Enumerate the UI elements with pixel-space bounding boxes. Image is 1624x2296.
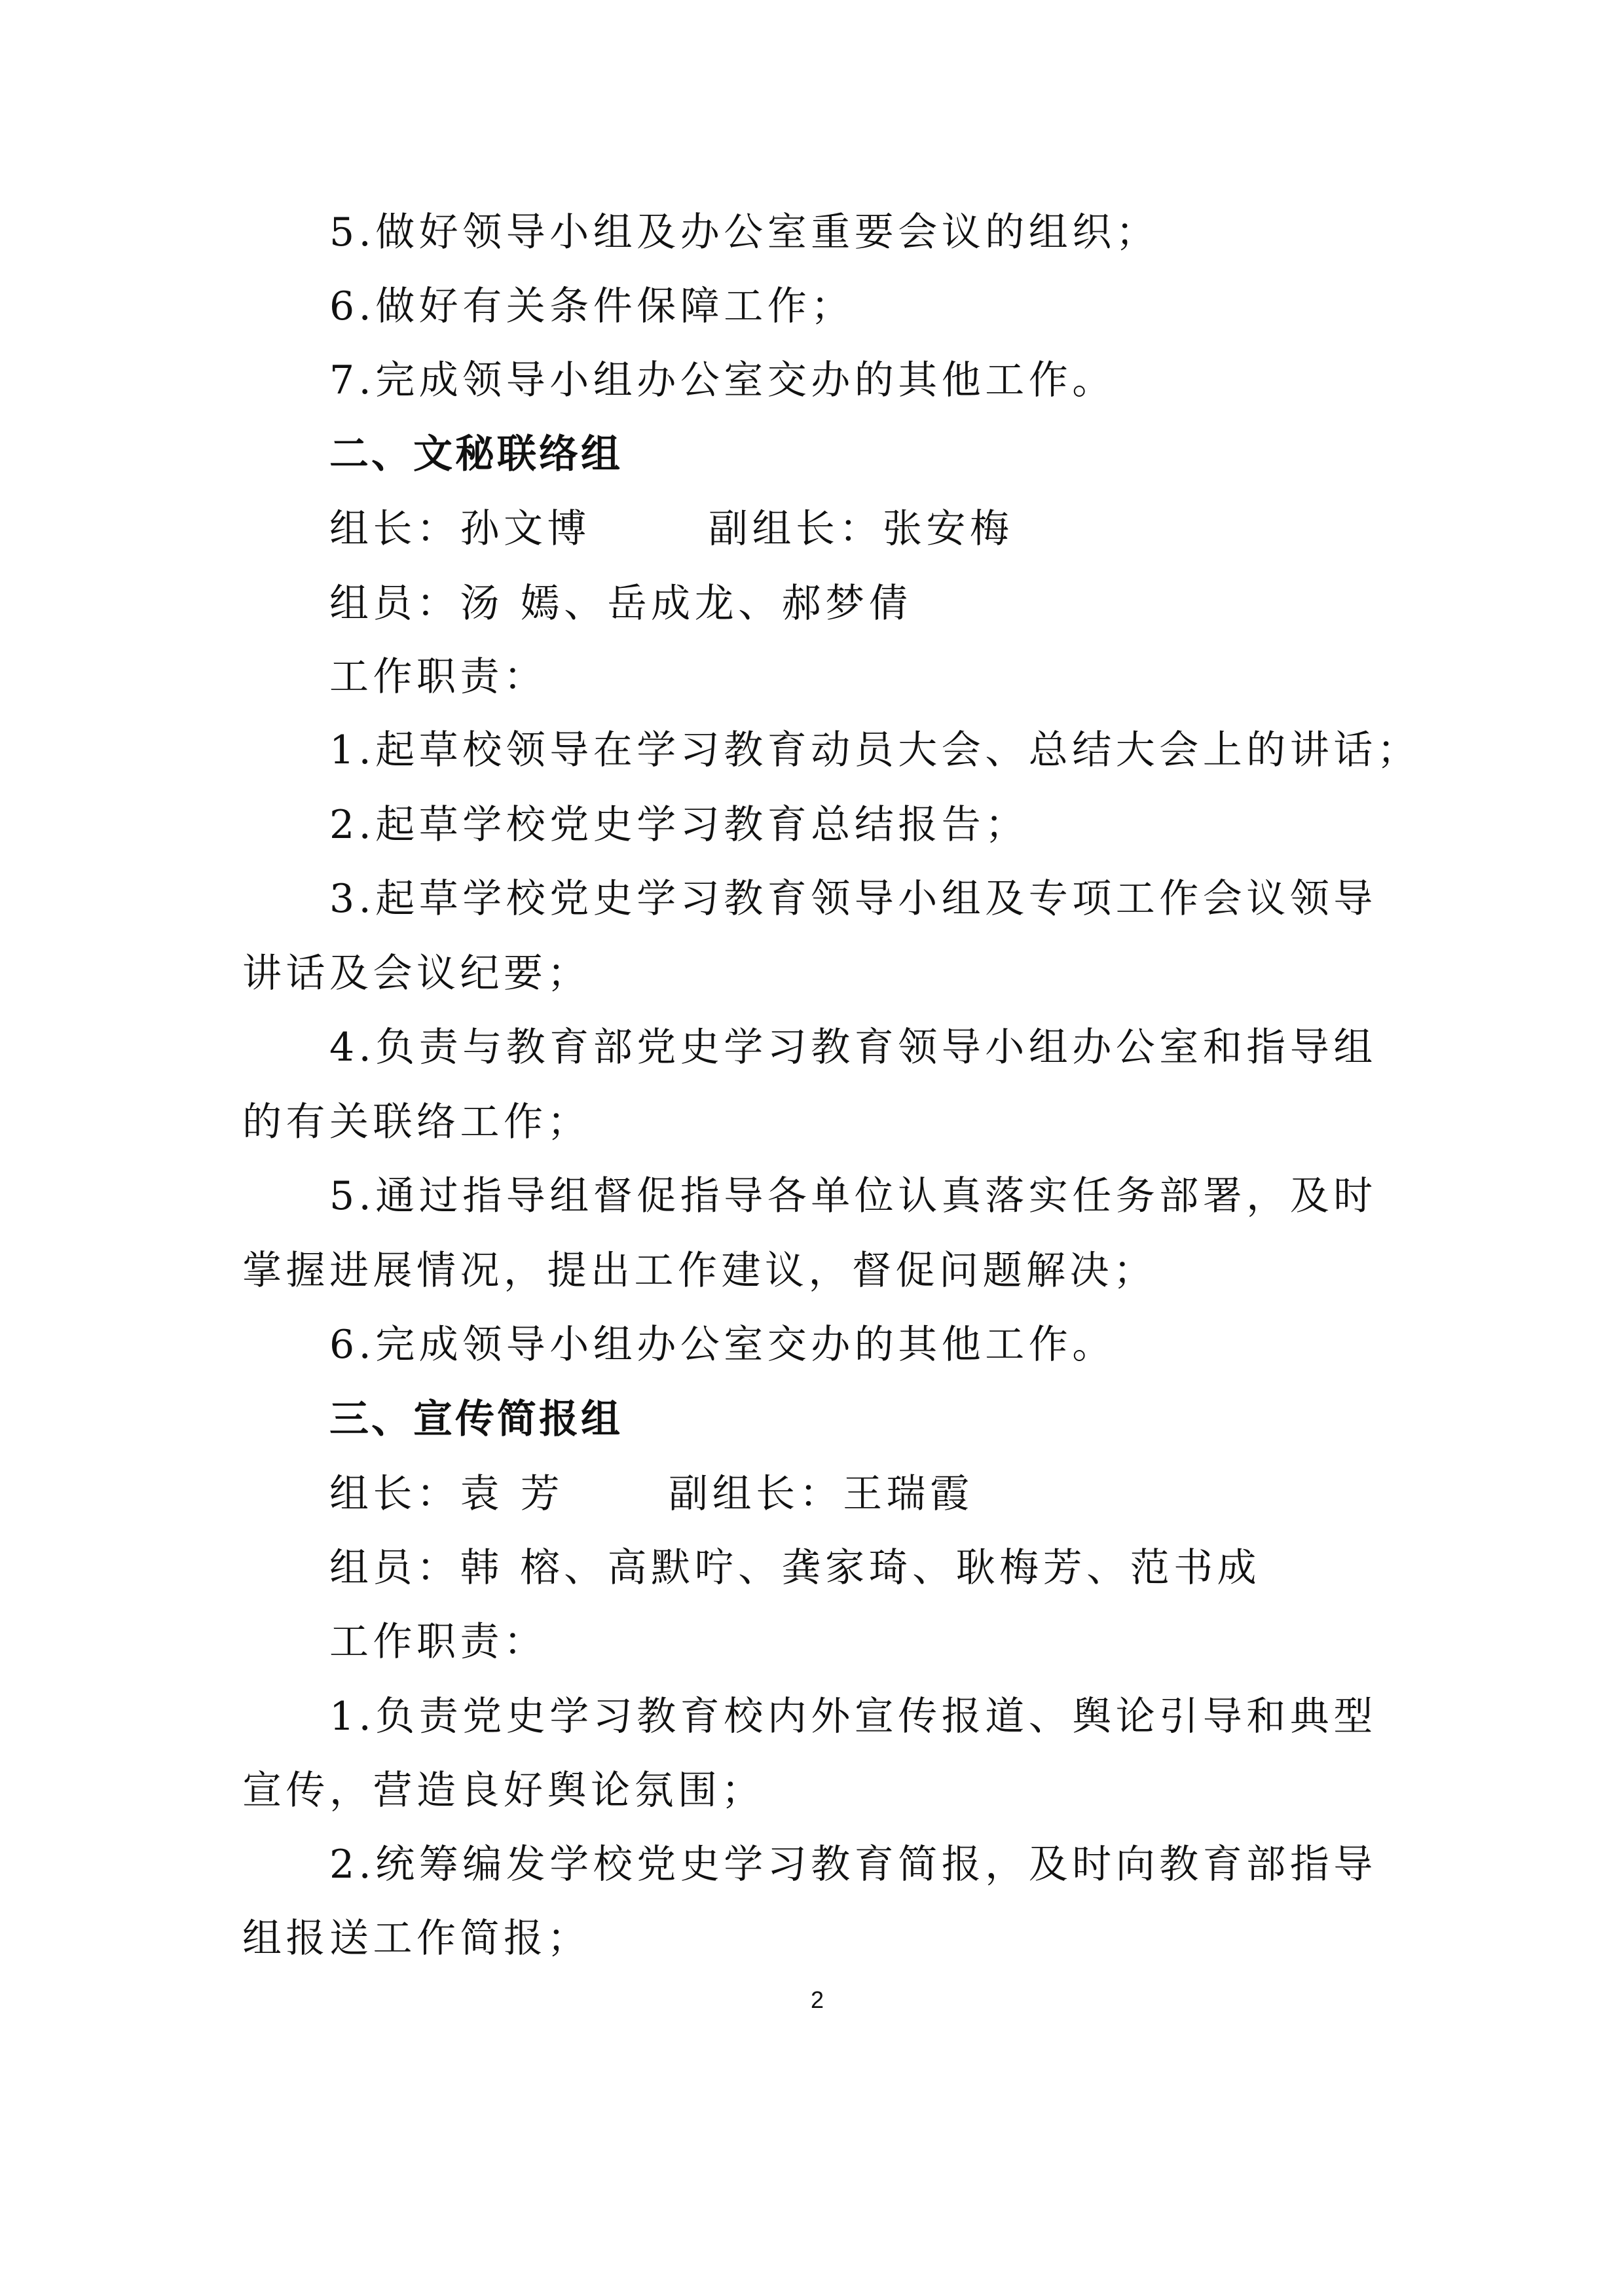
duty-item: 2.统筹编发学校党史学习教育简报，及时向教育部指导 (329, 1832, 1469, 1897)
list-item: 6.做好有关条件保障工作； (329, 274, 1469, 339)
duty-item: 1.负责党史学习教育校内外宣传报道、舆论引导和典型 (329, 1684, 1469, 1749)
duties-label: 工作职责： (329, 644, 1469, 710)
leader-label: 组长： (329, 506, 460, 552)
duty-item: 3.起草学校党史学习教育领导小组及专项工作会议领导 (329, 866, 1469, 932)
members-line: 组员：汤 嫣、岳成龙、郝梦倩 (329, 571, 1469, 636)
duty-item-continuation: 的有关联络工作； (242, 1089, 1382, 1155)
duty-item: 4.负责与教育部党史学习教育领导小组办公室和指导组 (329, 1015, 1469, 1080)
duty-item-continuation: 宣传，营造良好舆论氛围； (242, 1758, 1382, 1823)
document-page: 5.做好领导小组及办公室重要会议的组织； 6.做好有关条件保障工作； 7.完成领… (0, 0, 1624, 2296)
leader-name: 袁 芳 (460, 1471, 564, 1517)
section-heading: 三、宣传简报组 (329, 1387, 1469, 1452)
page-number: 2 (804, 1984, 830, 2016)
duties-label: 工作职责： (329, 1609, 1469, 1675)
duty-item: 2.起草学校党史学习教育总结报告； (329, 792, 1469, 858)
duty-item-continuation: 组报送工作简报； (242, 1906, 1382, 1971)
deputy-name: 王瑞霞 (843, 1471, 974, 1517)
list-item: 5.做好领导小组及办公室重要会议的组织； (329, 200, 1469, 265)
list-item: 7.完成领导小组办公室交办的其他工作。 (329, 348, 1469, 413)
leader-line: 组长：孙文博副组长：张安梅 (329, 496, 1469, 562)
duty-item-continuation: 掌握进展情况，提出工作建议，督促问题解决； (242, 1238, 1382, 1303)
section-heading: 二、文秘联络组 (329, 422, 1469, 487)
leader-name: 孙文博 (460, 506, 591, 552)
deputy-label: 副组长： (709, 506, 883, 552)
deputy-name: 张安梅 (883, 506, 1014, 552)
duty-item: 5.通过指导组督促指导各单位认真落实任务部署，及时 (329, 1163, 1469, 1229)
leader-label: 组长： (329, 1471, 460, 1517)
members-line: 组员：韩 榕、高默咛、龚家琦、耿梅芳、范书成 (329, 1535, 1469, 1601)
duty-item: 1.起草校领导在学习教育动员大会、总结大会上的讲话； (329, 718, 1469, 783)
duty-item: 6.完成领导小组办公室交办的其他工作。 (329, 1312, 1469, 1377)
deputy-label: 副组长： (669, 1471, 843, 1517)
leader-line: 组长：袁 芳副组长：王瑞霞 (329, 1461, 1469, 1527)
duty-item-continuation: 讲话及会议纪要； (242, 941, 1382, 1006)
